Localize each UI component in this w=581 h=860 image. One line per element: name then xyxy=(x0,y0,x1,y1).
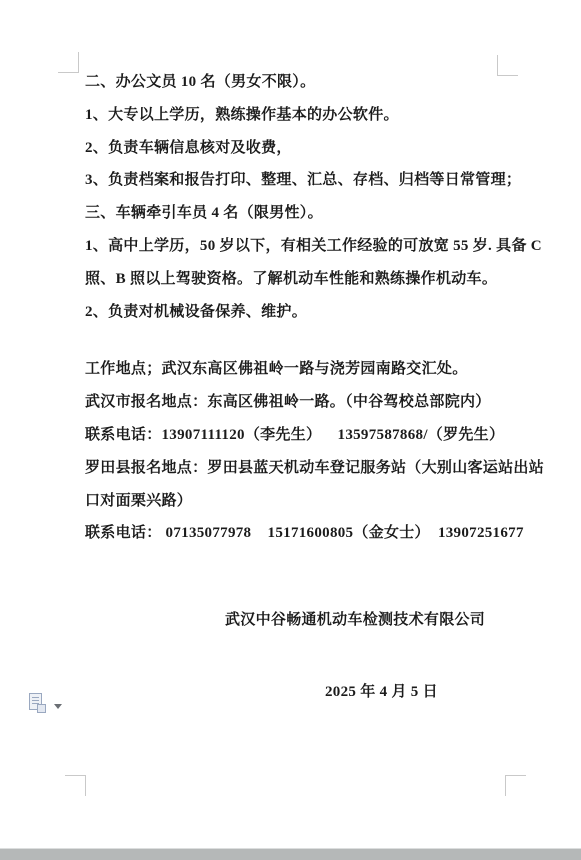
doc-line-luotian-signup-location: 罗田县报名地点：罗田县蓝天机动车登记服务站（大别山客运站出站 xyxy=(85,452,531,485)
doc-line: 2、负责车辆信息核对及收费， xyxy=(85,132,531,165)
doc-line: 1、大专以上学历，熟练操作基本的办公软件。 xyxy=(85,99,531,132)
doc-line-section-3-heading: 三、车辆牵引车员 4 名（限男性）。 xyxy=(85,197,531,230)
doc-line-luotian-contact-phone: 联系电话： 07135077978 15171600805（金女士） 13907… xyxy=(85,517,531,550)
paragraph-gap xyxy=(85,637,531,676)
doc-line: 照、B 照以上驾驶资格。了解机动车性能和熟练操作机动车。 xyxy=(85,263,531,296)
doc-line-work-location: 工作地点；武汉东高区佛祖岭一路与浇芳园南路交汇处。 xyxy=(85,353,531,386)
document-text-area: 二、办公文员 10 名（男女不限）。 1、大专以上学历，熟练操作基本的办公软件。… xyxy=(85,66,531,709)
doc-line: 2、负责对机械设备保养、维护。 xyxy=(85,296,531,329)
doc-line-section-2-heading: 二、办公文员 10 名（男女不限）。 xyxy=(85,66,531,99)
doc-line: 3、负责档案和报告打印、整理、汇总、存档、归档等日常管理； xyxy=(85,164,531,197)
document-page: 二、办公文员 10 名（男女不限）。 1、大专以上学历，熟练操作基本的办公软件。… xyxy=(0,0,581,860)
paragraph-gap xyxy=(85,550,531,604)
text-boundary-mark-top-left xyxy=(58,52,79,73)
company-signature: 武汉中谷畅通机动车检测技术有限公司 xyxy=(225,604,531,637)
document-date: 2025 年 4 月 5 日 xyxy=(325,676,531,709)
paste-options-icon xyxy=(28,692,47,719)
doc-line-wuhan-contact-phone: 联系电话：13907111120（李先生） 13597587868/（罗先生） xyxy=(85,419,531,452)
doc-line-wuhan-signup-location: 武汉市报名地点：东高区佛祖岭一路。（中谷驾校总部院内） xyxy=(85,386,531,419)
text-boundary-mark-bottom-right xyxy=(505,775,526,796)
doc-line-luotian-signup-location-cont: 口对面栗兴路） xyxy=(85,485,531,518)
doc-line: 1、高中上学历，50 岁以下，有相关工作经验的可放宽 55 岁. 具备 C xyxy=(85,230,531,263)
paragraph-gap xyxy=(85,328,531,353)
chevron-down-icon[interactable] xyxy=(54,704,62,709)
paste-options-button[interactable] xyxy=(28,692,62,719)
page-bottom-edge xyxy=(0,848,581,860)
text-boundary-mark-bottom-left xyxy=(65,775,86,796)
